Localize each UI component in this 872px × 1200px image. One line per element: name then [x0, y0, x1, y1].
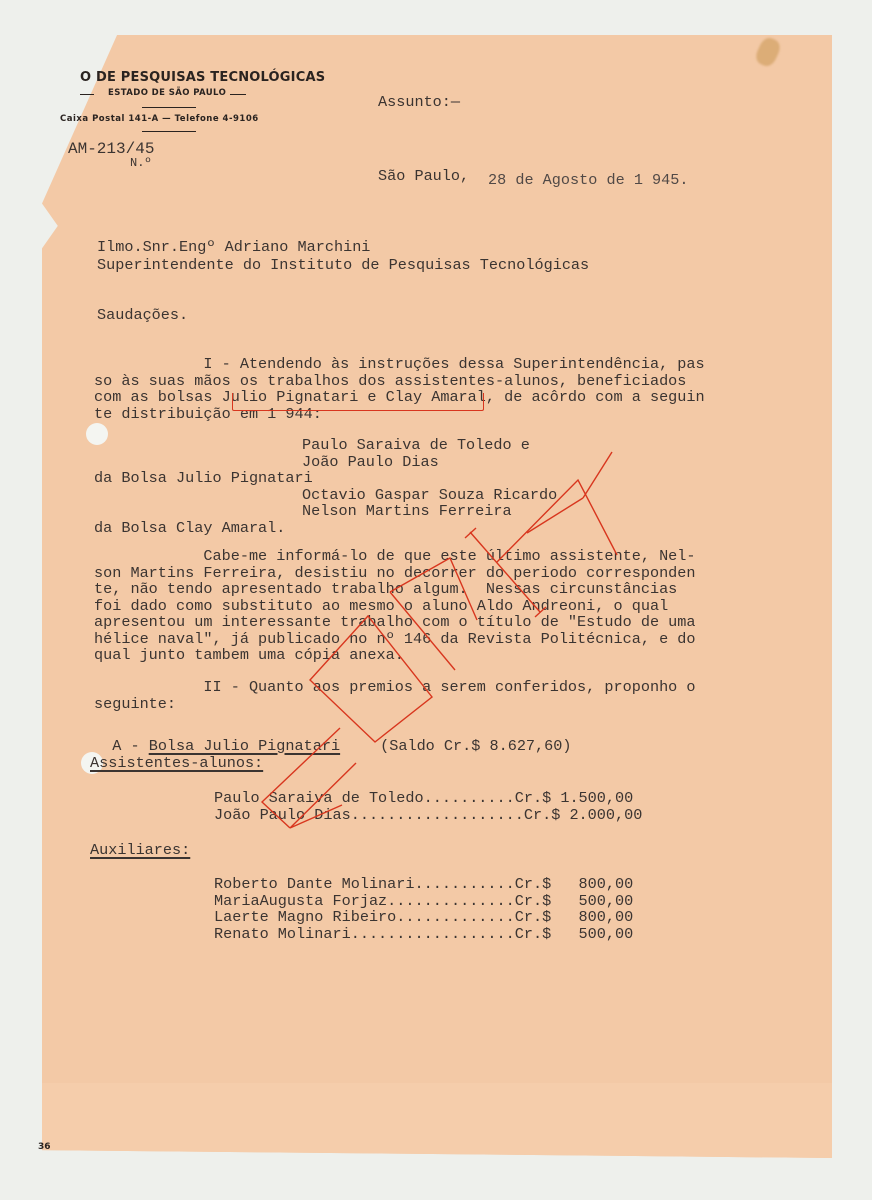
section-i-line: so às suas mãos os trabalhos dos assiste… [94, 373, 705, 390]
table-row: MariaAugusta Forjaz..............Cr.$ 50… [214, 893, 633, 910]
section-i-line: I - Atendendo às instruções dessa Superi… [94, 356, 705, 373]
subject-label: Assunto:— [378, 94, 460, 111]
addressee-line-2: Superintendente do Instituto de Pesquisa… [97, 257, 589, 274]
letterhead-rule-2 [142, 131, 196, 132]
bolsa-a: A - Bolsa Julio Pignatari(Saldo Cr.$ 8.6… [94, 721, 572, 754]
letterhead-contact: Caixa Postal 141-A — Telefone 4-9106 [60, 114, 259, 124]
paragraph-line: qual junto tambem uma cópia anexa. [94, 647, 696, 664]
table-row: João Paulo Dias...................Cr.$ 2… [214, 807, 642, 824]
letterhead-dash-left [80, 94, 94, 95]
grant-label: da Bolsa Julio Pignatari [94, 470, 557, 487]
addressee-line-1: Ilmo.Snr.Engº Adriano Marchini [97, 239, 370, 256]
paragraph-line: foi dado como substituto ao mesmo o alun… [94, 598, 696, 615]
section-ii-line: seguinte: [94, 696, 696, 713]
letterhead-rule-1 [142, 107, 196, 108]
letterhead-dash-right [230, 94, 246, 95]
paragraph-line: hélice naval", já publicado no nº 146 da… [94, 631, 696, 648]
bolsa-a-title: Bolsa Julio Pignatari [149, 737, 340, 755]
auxiliares-heading: Auxiliares: [90, 842, 190, 859]
letterhead-institution: O DE PESQUISAS TECNOLÓGICAS [80, 70, 325, 85]
letterhead-state: ESTADO DE SÃO PAULO [108, 88, 226, 98]
table-row: Roberto Dante Molinari...........Cr.$ 80… [214, 876, 633, 893]
paragraph-line: Cabe-me informá-lo de que este último as… [94, 548, 696, 565]
auxiliares-table: Roberto Dante Molinari...........Cr.$ 80… [214, 876, 633, 942]
table-row: Laerte Magno Ribeiro.............Cr.$ 80… [214, 909, 633, 926]
grantee-name: Paulo Saraiva de Toledo e [94, 437, 557, 454]
reference-no-label: N.º [130, 155, 152, 172]
section-ii: II - Quanto aos premios a serem conferid… [94, 679, 696, 712]
grant-label: da Bolsa Clay Amaral. [94, 520, 557, 537]
grantee-name: João Paulo Dias [94, 454, 557, 471]
paragraph-line: te, não tendo apresentado trabalho algum… [94, 581, 696, 598]
distribution: Paulo Saraiva de Toledo e João Paulo Dia… [94, 437, 557, 536]
footer-mark: 36 [38, 1142, 51, 1152]
paragraph-2: Cabe-me informá-lo de que este último as… [94, 548, 696, 664]
section-ii-line: II - Quanto aos premios a serem conferid… [94, 679, 696, 696]
section-i: I - Atendendo às instruções dessa Superi… [94, 356, 705, 422]
table-row: Paulo Saraiva de Toledo..........Cr.$ 1.… [214, 790, 642, 807]
bolsa-a-balance: (Saldo Cr.$ 8.627,60) [380, 737, 571, 755]
grantee-name: Octavio Gaspar Souza Ricardo [94, 487, 557, 504]
bolsa-a-prefix: A - [112, 737, 148, 755]
date: 28 de Agosto de 1 945. [488, 172, 689, 189]
assistentes-table: Paulo Saraiva de Toledo..........Cr.$ 1.… [214, 790, 642, 823]
assistentes-heading: Assistentes-alunos: [90, 755, 263, 772]
paragraph-line: apresentou um interessante trabalho com … [94, 614, 696, 631]
grantee-name: Nelson Martins Ferreira [94, 503, 557, 520]
table-row: Renato Molinari..................Cr.$ 50… [214, 926, 633, 943]
paragraph-line: son Martins Ferreira, desistiu no decorr… [94, 565, 696, 582]
greeting: Saudações. [97, 307, 188, 324]
red-highlight-box [232, 393, 484, 411]
place: São Paulo, [378, 168, 469, 185]
